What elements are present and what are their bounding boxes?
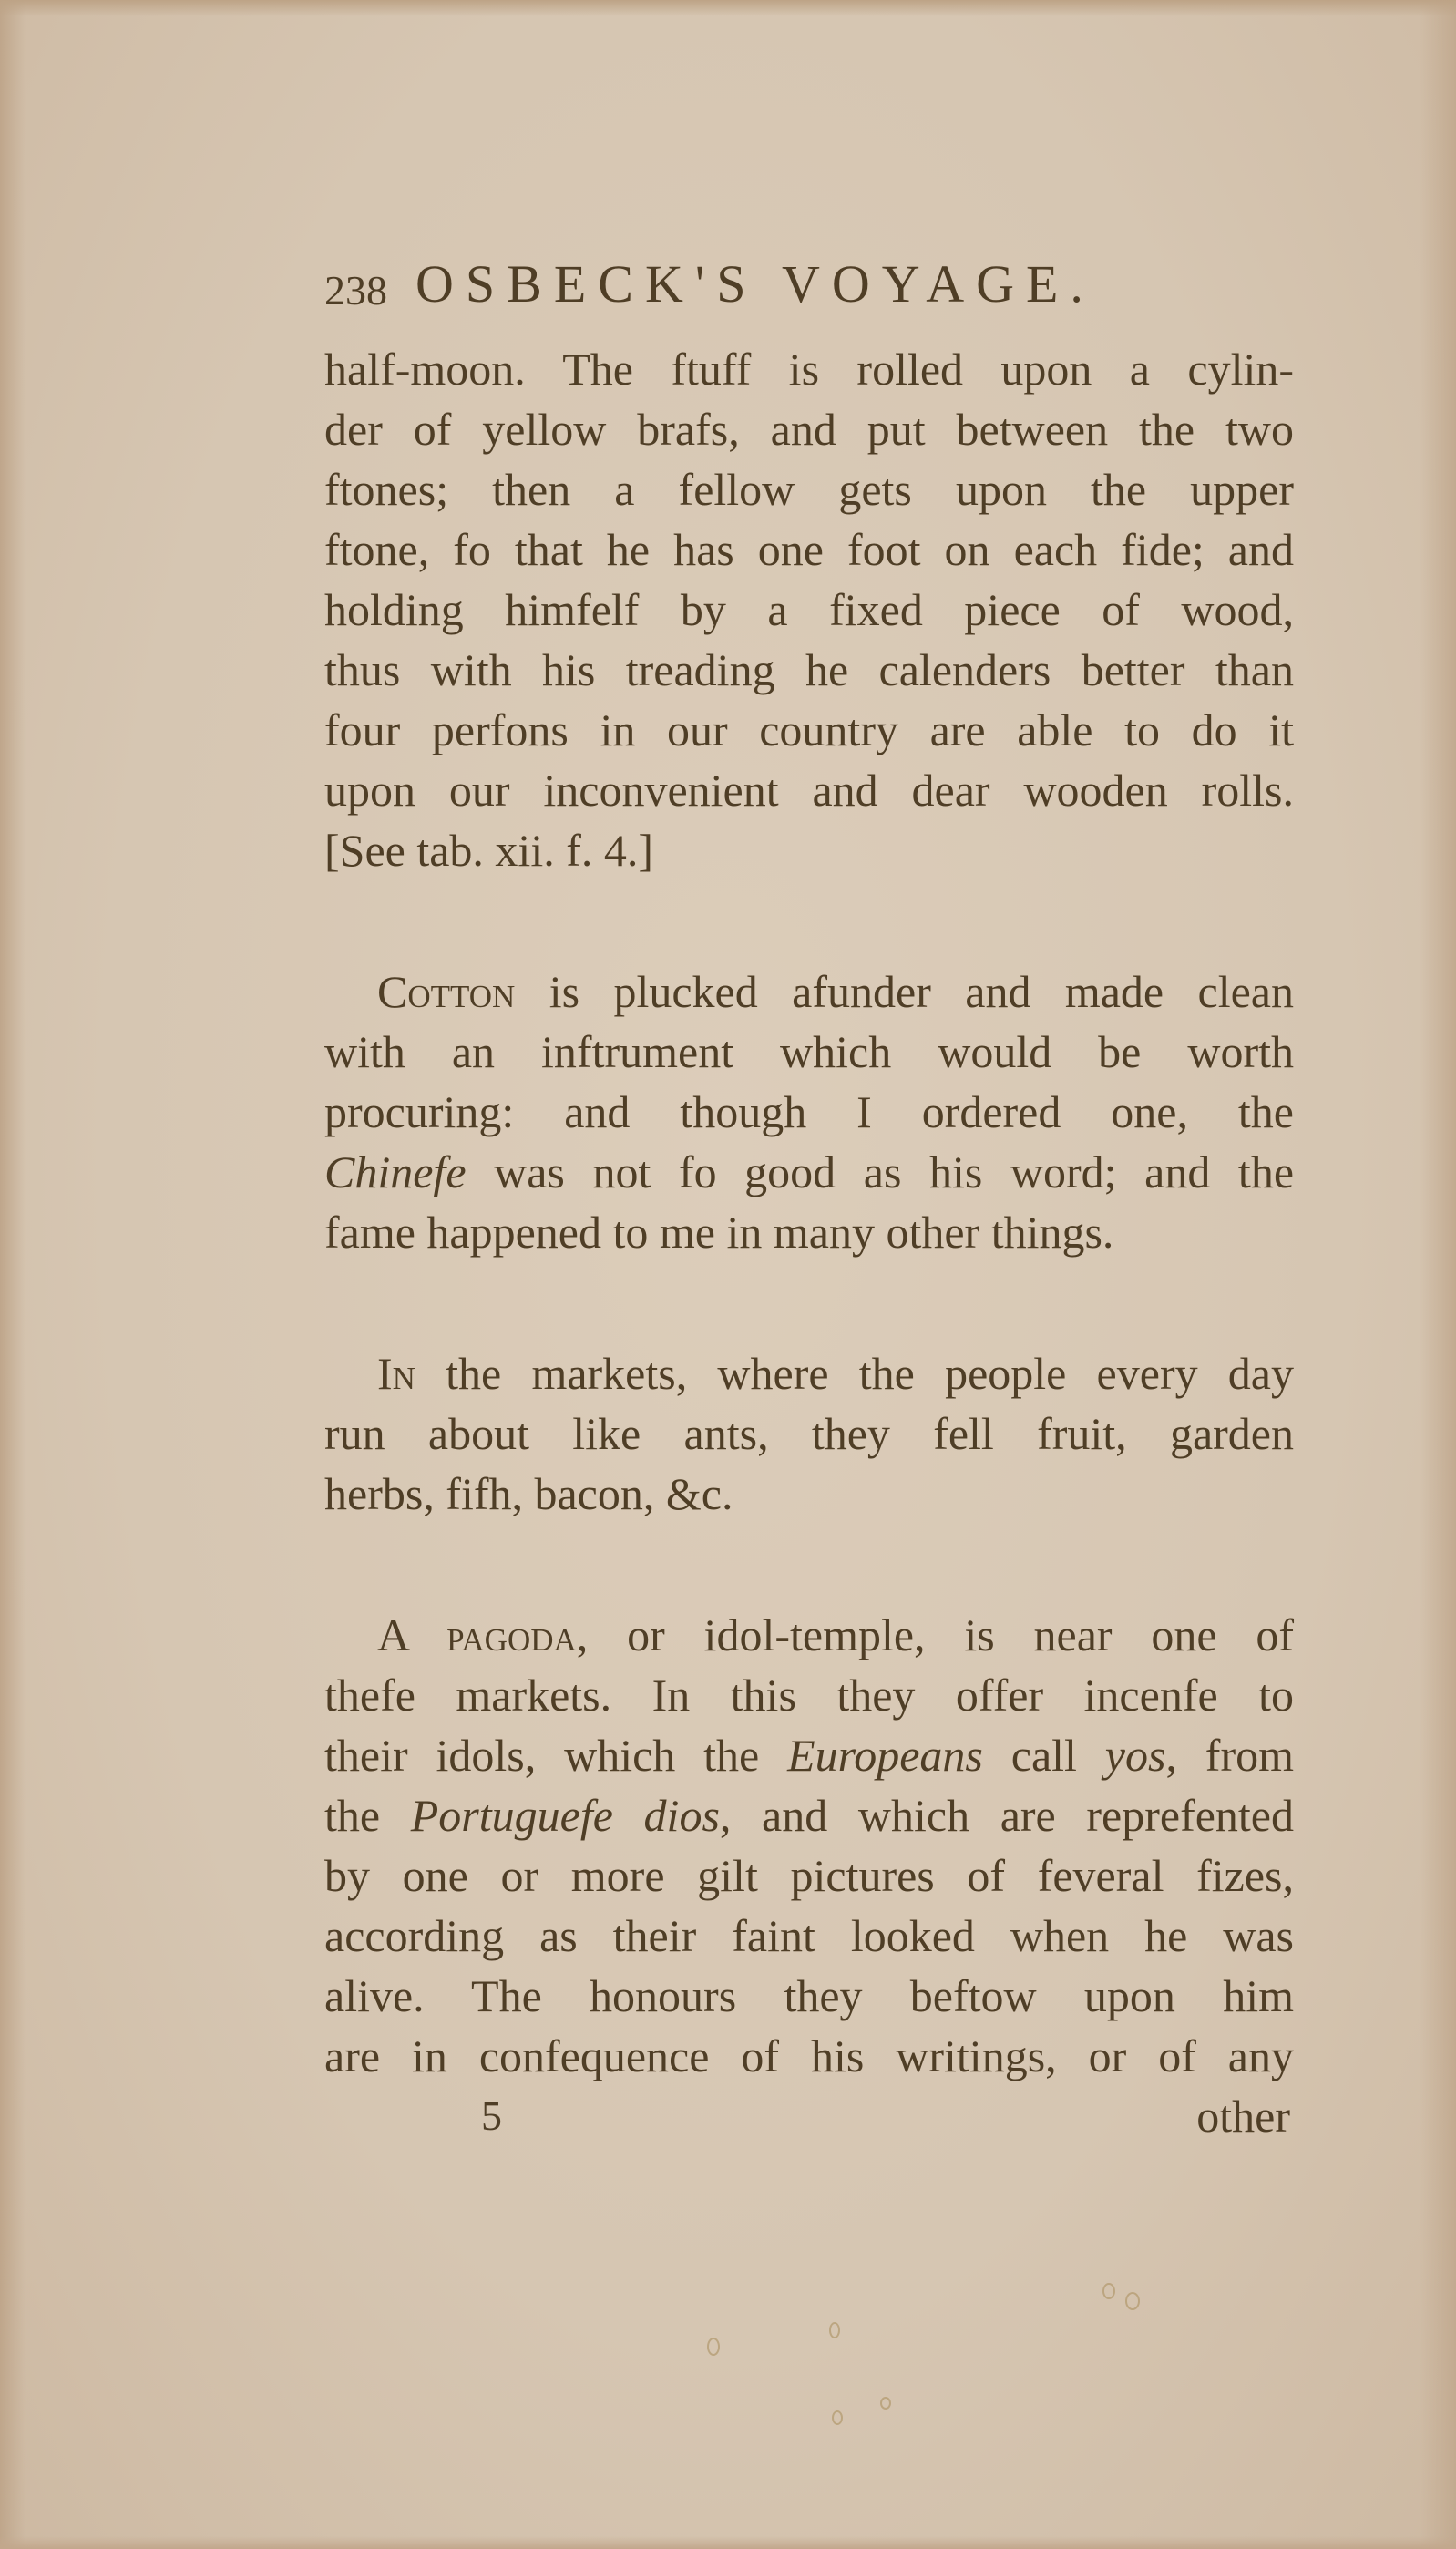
body-text: half-moon. The ftuff is rolled upon a cy… (324, 339, 1294, 2146)
text-line: upon our inconvenient and dear wooden ro… (324, 760, 1294, 820)
page-edge-top (0, 0, 1456, 16)
catchword: other (1196, 2086, 1290, 2146)
paper-speck (1102, 2283, 1115, 2299)
paper-speck (707, 2338, 720, 2356)
paper-speck (832, 2410, 843, 2425)
text-line: run about like ants, they fell fruit, ga… (324, 1403, 1294, 1464)
text-line: with an inftrument which would be worth (324, 1022, 1294, 1082)
paragraph-4: A pagoda, or idol-temple, is near one of… (324, 1605, 1294, 2086)
paragraph-3: In the markets, where the people every d… (324, 1343, 1294, 1524)
italic-word: Europeans (787, 1730, 983, 1781)
text-line: herbs, fifh, bacon, &c. (324, 1464, 1294, 1524)
book-page: 238 OSBECK'S VOYAGE. half-moon. The ftuf… (0, 0, 1456, 2549)
paper-speck (1125, 2292, 1140, 2310)
page-header: 238 OSBECK'S VOYAGE. (324, 253, 1299, 326)
italic-word: Chinefe (324, 1146, 467, 1197)
text-line: holding himfelf by a fixed piece of wood… (324, 580, 1294, 640)
page-edge-right (1420, 0, 1456, 2549)
page-footer: 5 other (324, 2086, 1294, 2146)
signature-mark: 5 (481, 2092, 502, 2140)
text-line: procuring: and though I ordered one, the (324, 1082, 1294, 1142)
text-line: according as their faint looked when he … (324, 1906, 1294, 1966)
italic-word: dios (644, 1790, 720, 1841)
page-edge-bottom (0, 2536, 1456, 2549)
running-head: OSBECK'S VOYAGE. (415, 253, 1095, 314)
text-line: thefe markets. In this they offer incenf… (324, 1665, 1294, 1725)
text-line: by one or more gilt pictures of feveral … (324, 1845, 1294, 1906)
text-line: the Portuguefe dios, and which are repre… (324, 1785, 1294, 1845)
text-line: alive. The honours they beftow upon him (324, 1966, 1294, 2026)
text-line: fame happened to me in many other things… (324, 1202, 1294, 1262)
italic-word: yos (1105, 1730, 1166, 1781)
paragraph-2: Cotton is plucked afunder and made clean… (324, 961, 1294, 1262)
lead-word: In (377, 1348, 415, 1399)
text-line: Cotton is plucked afunder and made clean (324, 961, 1294, 1022)
text-line: der of yellow brafs, and put between the… (324, 399, 1294, 459)
lead-word: A pagoda, (377, 1609, 588, 1660)
text-line: Chinefe was not fo good as his word; and… (324, 1142, 1294, 1202)
italic-word: Portuguefe (411, 1790, 613, 1841)
text-line: thus with his treading he calenders bett… (324, 640, 1294, 700)
paper-speck (880, 2397, 891, 2410)
text-line: ftone, fo that he has one foot on each f… (324, 519, 1294, 580)
text-line: are in confequence of his writings, or o… (324, 2026, 1294, 2086)
text-line: A pagoda, or idol-temple, is near one of (324, 1605, 1294, 1665)
page-edge-left (0, 0, 26, 2549)
text-line: In the markets, where the people every d… (324, 1343, 1294, 1403)
text-line: ftones; then a fellow gets upon the uppe… (324, 459, 1294, 519)
text-line: half-moon. The ftuff is rolled upon a cy… (324, 339, 1294, 399)
text-line: their idols, which the Europeans call yo… (324, 1725, 1294, 1785)
paragraph-1: half-moon. The ftuff is rolled upon a cy… (324, 339, 1294, 880)
page-number: 238 (324, 266, 387, 314)
text-line: four perfons in our country are able to … (324, 700, 1294, 760)
paper-speck (829, 2322, 840, 2338)
text-line: [See tab. xii. f. 4.] (324, 820, 1294, 880)
lead-word: Cotton (377, 966, 515, 1017)
